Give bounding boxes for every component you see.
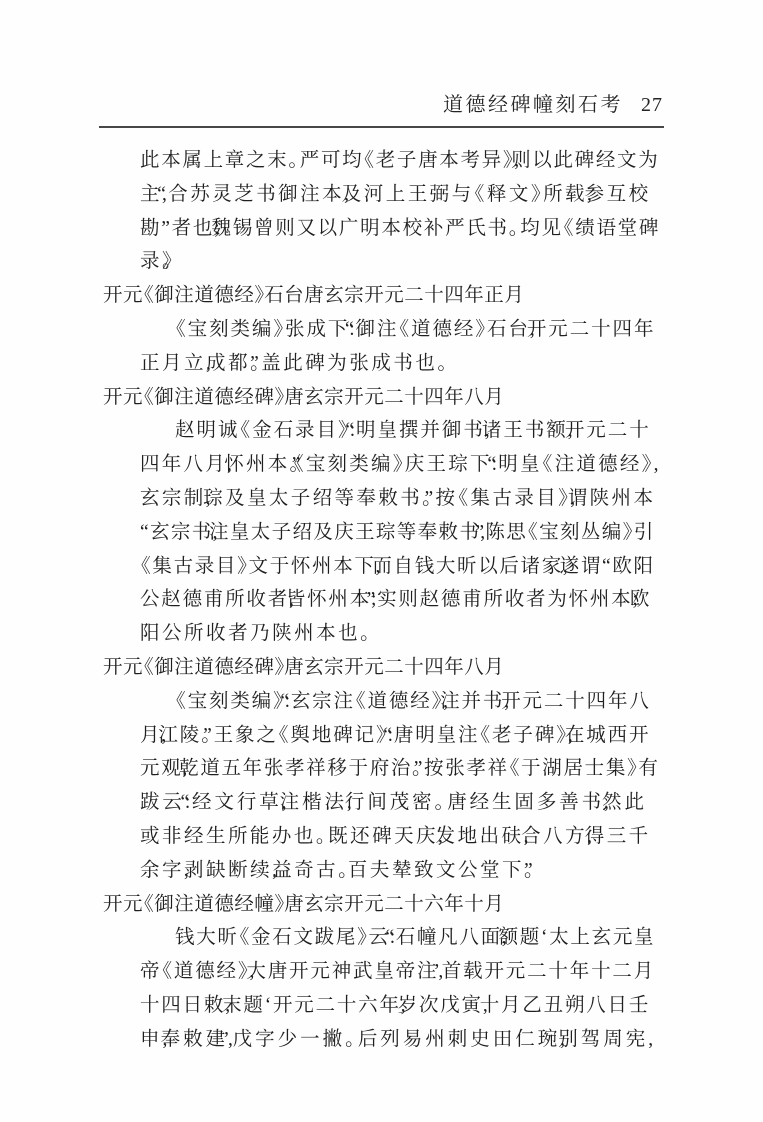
running-header: 道德经碑幢刻石考 27 <box>443 92 663 118</box>
text-line: 申,奉敕建,’戊字少一撇。后列易州刺史田仁琬,别驾周宪, <box>103 1023 663 1057</box>
text-line: 阳公所收者乃陕州本也。 <box>103 617 663 651</box>
entry-heading: 开元《御注道德经》石台唐玄宗开元二十四年正月 <box>103 279 663 313</box>
text-line: 正月立,成都。”盖此碑为张成书也。 <box>103 347 663 381</box>
text-line: 公赵德甫所收者,皆怀州本;”实则赵德甫所收者为怀州本;欧 <box>103 583 663 617</box>
text-line: 《宝刻类编》:“玄宗注《道德经》,注并书,开元二十四年八 <box>103 685 663 719</box>
text-line: “玄宗书,注皇太子绍及庆王琮等奉敕书,”陈思《宝刻丛编》引 <box>103 516 663 550</box>
book-page: 道德经碑幢刻石考 27 此本属上章之末。严可均《老子唐本考异》,则以此碑经文为主… <box>0 0 763 1122</box>
text-line: 玄宗制,琮及皇太子绍等奉敕书。”按《集古录目》,谓陕州本 <box>103 482 663 516</box>
text-line: 月,江陵。”王象之《舆地碑记》:“唐明皇注《老子碑》,在城西开 <box>103 719 663 753</box>
page-number: 27 <box>641 92 663 118</box>
text-line: 四年八月,怀州本。”《宝刻类编》庆王琮下:“明皇《注道德经》, <box>103 448 663 482</box>
text-line: 赵明诚《金石录目》:“明皇撰并御书,诸王书额,开元二十 <box>103 414 663 448</box>
text-line: 元观,乾道五年张孝祥移于府治。”按张孝祥《于湖居士集》有 <box>103 752 663 786</box>
text-line: 勘”者也;魏锡曾则又以广明本校补严氏书。均见《绩语堂碑 <box>103 212 663 246</box>
text-line: 十四日敕,末题‘开元二十六年,岁次戊寅,十月乙丑朔八日壬 <box>103 989 663 1023</box>
entry-heading: 开元《御注道德经碑》唐玄宗开元二十四年八月 <box>103 381 663 415</box>
header-rule <box>99 126 664 128</box>
text-line: 余字,剥缺断续,益奇古。百夫辇致文公堂下。” <box>103 854 663 888</box>
entry-heading: 开元《御注道德经碑》唐玄宗开元二十四年八月 <box>103 651 663 685</box>
text-block: 此本属上章之末。严可均《老子唐本考异》,则以此碑经文为主,“合苏灵芝书御注本,及… <box>103 144 663 1057</box>
running-title: 道德经碑幢刻石考 <box>443 92 623 118</box>
text-line: 或非经生所能办也。既还碑天庆,发地出砆,合八方,得三千 <box>103 820 663 854</box>
text-line: 《集古录目》文于怀州本下,而自钱大昕以后诸家,遂谓“欧阳 <box>103 550 663 584</box>
text-line: 跋云:“经文行草,注楷法,行间茂密。唐经生固多善书,然此 <box>103 786 663 820</box>
text-line: 主,“合苏灵芝书御注本,及河上王弼与《释文》所载,参互校 <box>103 178 663 212</box>
text-line: 此本属上章之末。严可均《老子唐本考异》,则以此碑经文为 <box>103 144 663 178</box>
text-line: 帝《道德经》,大唐开元神武皇帝注,’首载开元二十年十二月 <box>103 955 663 989</box>
text-line: 钱大昕《金石文跋尾》云:“石幢凡八面,额题‘太上玄元皇 <box>103 921 663 955</box>
text-line: 录》。 <box>103 245 663 279</box>
entry-heading: 开元《御注道德经幢》唐玄宗开元二十六年十月 <box>103 888 663 922</box>
text-line: 《宝刻类编》张成下:“御注《道德经》石台,开元二十四年 <box>103 313 663 347</box>
